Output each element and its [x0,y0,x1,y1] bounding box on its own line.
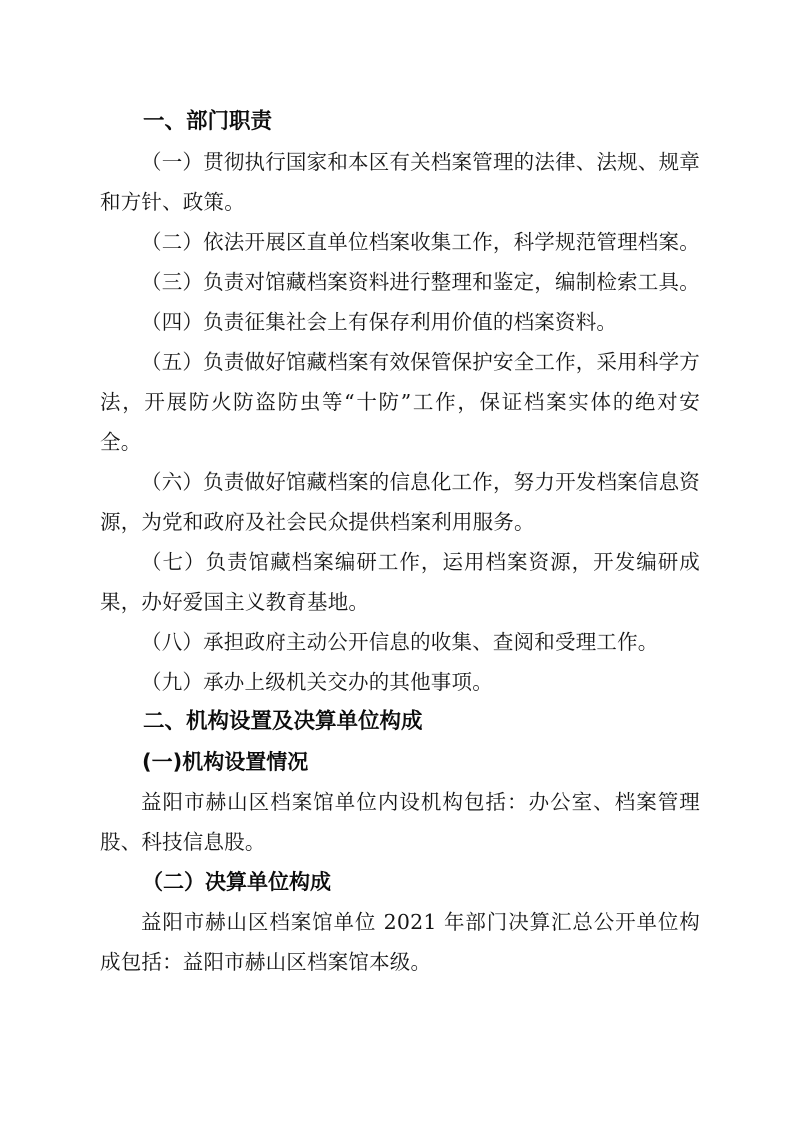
paragraph-duty-1: （一）贯彻执行国家和本区有关档案管理的法律、法规、规章和方针、政策。 [100,142,700,222]
subsection-heading-unit-makeup: （二）决算单位构成 [100,862,700,902]
document-page: 一、部门职责 （一）贯彻执行国家和本区有关档案管理的法律、法规、规章和方针、政策… [0,0,793,1122]
section-heading-org-setup: 二、机构设置及决算单位构成 [100,702,700,742]
paragraph-duty-5: （五）负责做好馆藏档案有效保管保护安全工作，采用科学方法，开展防火防盗防虫等“十… [100,342,700,462]
paragraph-duty-2: （二）依法开展区直单位档案收集工作，科学规范管理档案。 [100,222,700,262]
paragraph-duty-4: （四）负责征集社会上有保存利用价值的档案资料。 [100,302,700,342]
paragraph-duty-6: （六）负责做好馆藏档案的信息化工作，努力开发档案信息资源，为党和政府及社会民众提… [100,462,700,542]
paragraph-duty-8: （八）承担政府主动公开信息的收集、查阅和受理工作。 [100,622,700,662]
paragraph-unit-makeup: 益阳市赫山区档案馆单位 2021 年部门决算汇总公开单位构成包括：益阳市赫山区档… [100,902,700,982]
section-heading-duties: 一、部门职责 [100,102,700,142]
paragraph-duty-9: （九）承办上级机关交办的其他事项。 [100,662,700,702]
paragraph-duty-7: （七）负责馆藏档案编研工作，运用档案资源，开发编研成果，办好爱国主义教育基地。 [100,542,700,622]
paragraph-duty-3: （三）负责对馆藏档案资料进行整理和鉴定，编制检索工具。 [100,262,700,302]
paragraph-org-structure: 益阳市赫山区档案馆单位内设机构包括：办公室、档案管理股、科技信息股。 [100,782,700,862]
subsection-heading-org-structure: (一)机构设置情况 [100,742,700,782]
